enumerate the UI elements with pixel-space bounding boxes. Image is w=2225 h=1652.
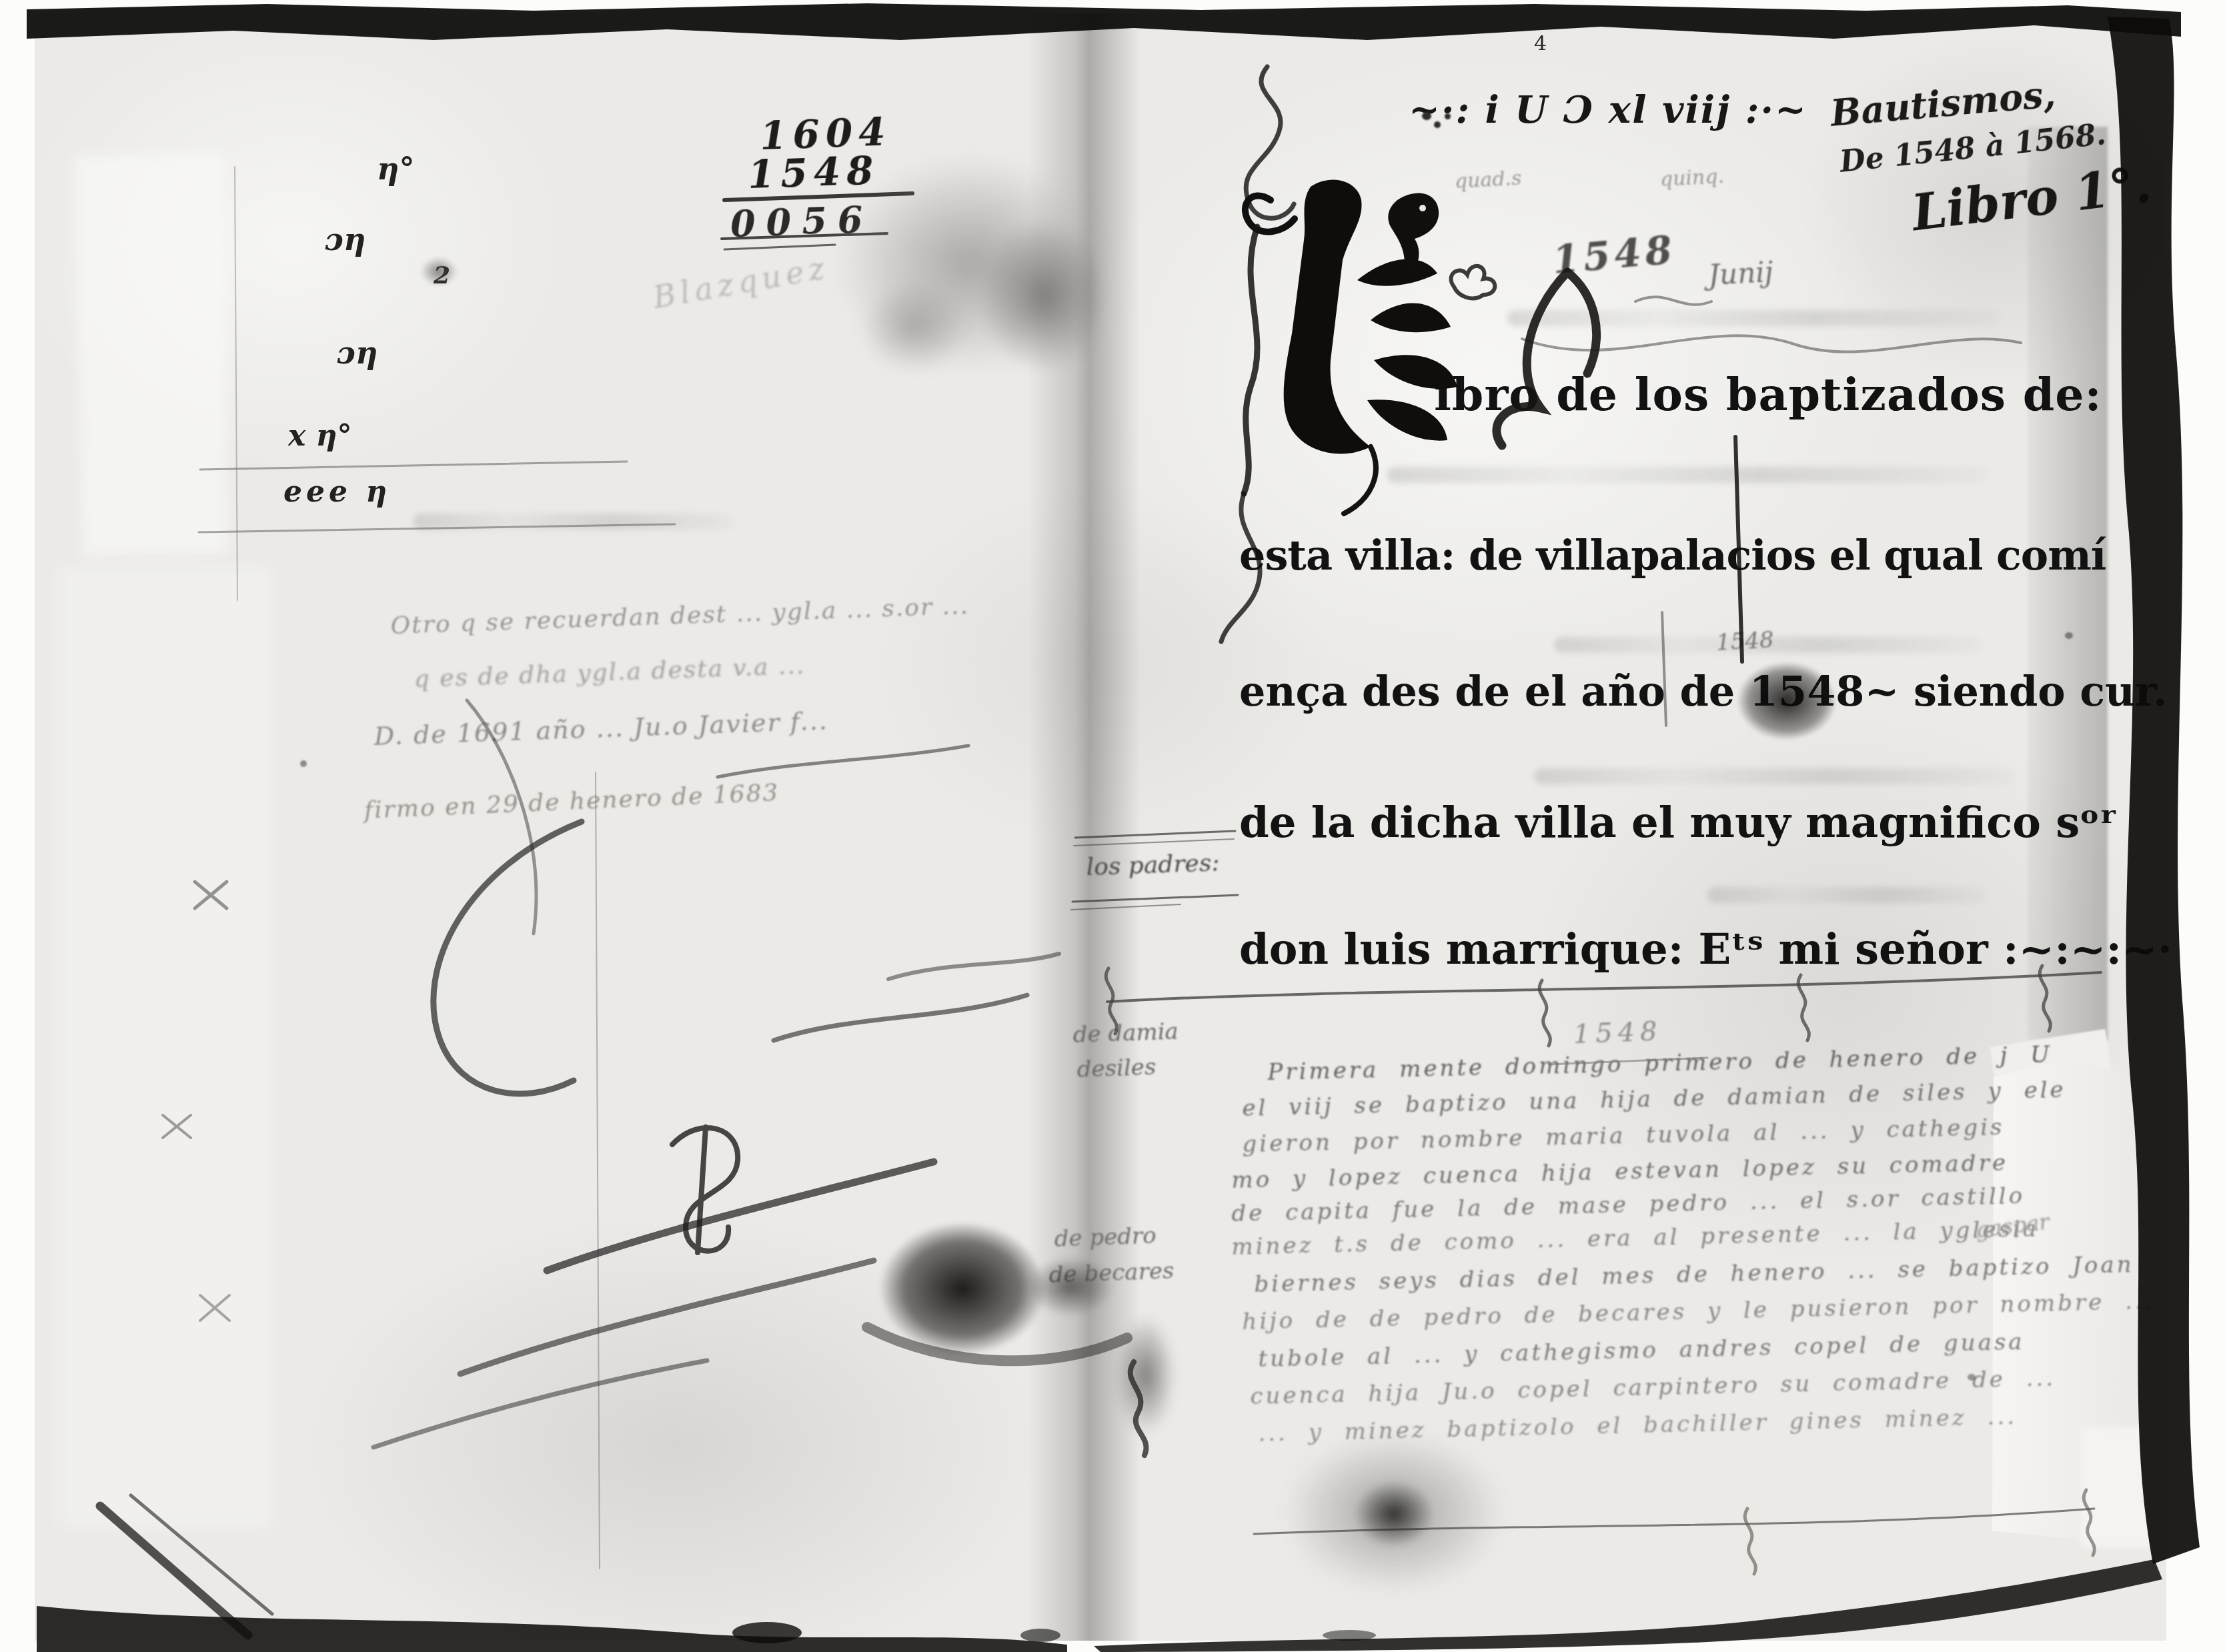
margin-tally-mark: ɔη	[325, 221, 365, 257]
bleedthrough-line	[1387, 467, 1988, 483]
top-edge-mark: 4	[1534, 32, 1547, 55]
manuscript-scan: 1604 1548 0056 η° ɔη 2 ɔη x η° eee η Bla…	[0, 0, 2225, 1652]
margin-tally-mark: 2	[434, 261, 450, 289]
bleedthrough-line	[1534, 768, 2014, 784]
entry2-margin-note: de becares	[1048, 1257, 1175, 1289]
margin-tally-mark: η°	[377, 151, 414, 187]
title-line-5: don luis marrique: Eᵗˢ mi señor :~:~:~·	[1239, 924, 2172, 974]
folio-number-heading: ~·: i U Ɔ xl viij :·~	[1409, 88, 1807, 132]
paper-patch	[2081, 1427, 2188, 1547]
title-line-2: esta villa: de villapalacios el qual com…	[1239, 531, 2106, 580]
entry1-margin-note: de damia	[1072, 1018, 1179, 1048]
bleedthrough-line	[1707, 887, 1988, 903]
entry2-margin-note: de pedro	[1054, 1222, 1157, 1253]
paper-patch	[75, 153, 229, 556]
entry1-margin-note: desiles	[1076, 1054, 1157, 1083]
ink-speck	[1968, 1374, 1976, 1381]
title-line-3: ença des de el año de 1548~ siendo cur.	[1239, 667, 2168, 716]
bleedthrough-line	[1507, 310, 2001, 326]
month-heading: Junij	[1707, 255, 1774, 291]
ink-speck	[1434, 121, 1441, 128]
ink-speck	[300, 760, 307, 767]
bleedthrough-line	[414, 514, 734, 530]
ink-speck	[1422, 112, 1431, 120]
ink-speck	[2065, 632, 2073, 639]
margin-tally-mark: ɔη	[337, 335, 378, 371]
margin-label-los-padres: los padres:	[1086, 849, 1220, 881]
arithmetic-subtrahend: 1548	[747, 147, 880, 197]
title-line-1: ibro de los baptizados de:	[1434, 368, 2102, 422]
margin-tally-mark: x η°	[288, 419, 352, 453]
margin-tally-mark: eee η	[283, 475, 391, 509]
small-scribble-word: quad.s	[1454, 167, 1522, 193]
title-line-4: de la dicha villa el muy magnifico sᵒʳ	[1239, 798, 2118, 848]
page-edge-strip	[2028, 127, 2108, 1040]
small-scribble-word: quinq.	[1659, 165, 1725, 191]
interlinear-year-correction: 1548	[1715, 626, 1775, 656]
center-year-mark: 1548	[1573, 1016, 1663, 1050]
paper-patch	[59, 567, 272, 1527]
book-gutter-shadow	[1027, 13, 1141, 1641]
ink-speck	[1445, 113, 1451, 119]
arithmetic-result: 0056	[730, 198, 874, 245]
